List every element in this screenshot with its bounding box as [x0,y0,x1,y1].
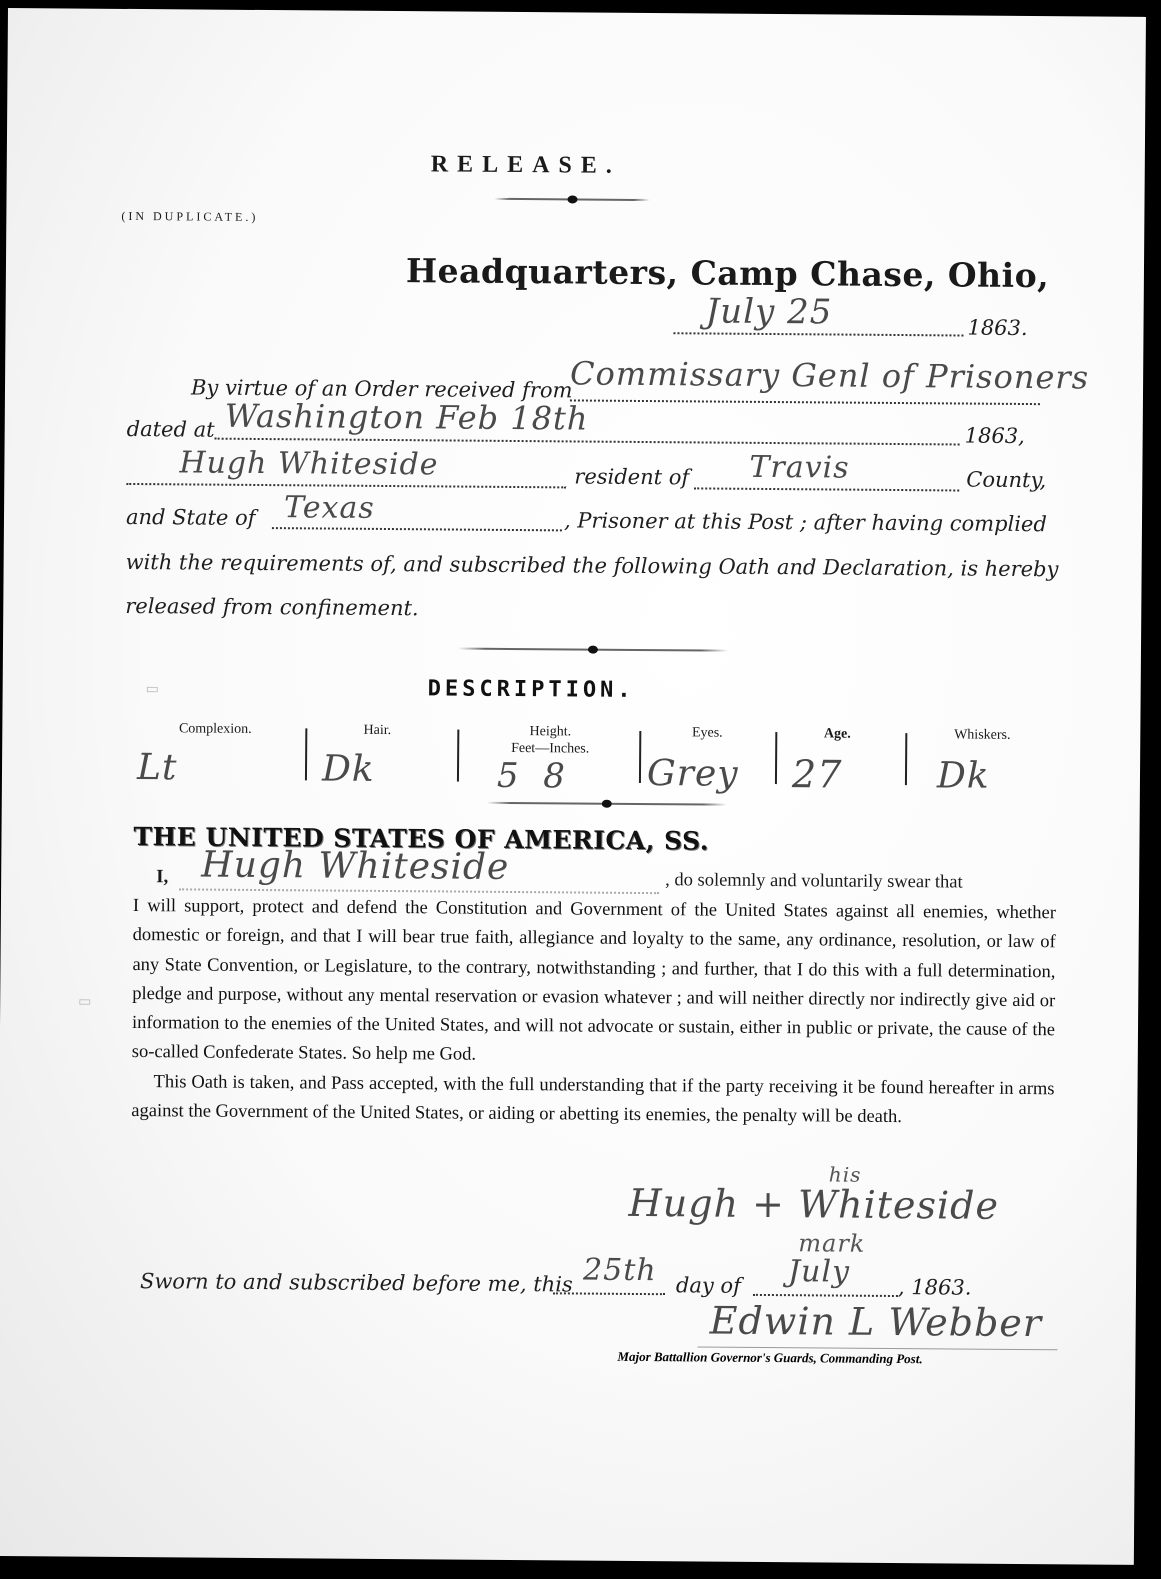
document-title: RELEASE. [431,151,621,179]
oath-first-line-suffix: , do solemnly and voluntarily swear that [665,870,963,893]
prisoner-name-handwritten: Hugh Whiteside [179,445,438,482]
age-label: Age. [817,726,857,742]
eyes-label: Eyes. [682,725,732,741]
order-from-handwritten: Commissary Genl of Prisoners [570,354,1089,396]
margin-mark: ▭ [78,994,91,1010]
document-page: RELEASE. (IN DUPLICATE.) Headquarters, C… [0,8,1146,1565]
oath-body: I will support, protect and defend the C… [131,892,1056,1134]
officer-signature: Edwin L Webber [710,1299,1043,1346]
oath-i: I, [156,866,168,888]
sworn-day-line [553,1288,665,1295]
sworn-month-line [753,1290,898,1297]
description-title: DESCRIPTION. [428,676,635,703]
county-handwritten: Travis [749,450,849,486]
margin-mark: ▭ [146,681,159,697]
headquarters-heading: Headquarters, Camp Chase, Ohio, [406,251,1050,295]
sworn-prefix: Sworn to and subscribed before me, this [140,1269,573,1296]
whiskers-label: Whiskers. [942,727,1022,744]
column-separator [305,728,307,780]
release-line: released from confinement. [125,594,419,620]
title-ornament [495,198,650,201]
oath-paragraph-2: This Oath is taken, and Pass accepted, w… [131,1068,1054,1134]
column-separator [639,731,641,783]
county-label: County, [966,468,1046,493]
duplicate-note: (IN DUPLICATE.) [121,209,258,225]
complexion-label: Complexion. [160,721,270,738]
sworn-year: , 1863. [898,1275,972,1300]
state-handwritten: Texas [284,490,375,526]
dated-year: 1863, [965,424,1025,448]
eyes-value: Grey [647,753,739,795]
complexion-value: Lt [137,747,178,788]
resident-of-label: resident of [574,464,689,489]
oath-paragraph-1: I will support, protect and defend the C… [132,892,1056,1075]
height-label: Height. [490,724,610,741]
date-handwritten: July 25 [705,291,832,332]
section-ornament [458,648,728,652]
dated-handwritten: Washington Feb 18th [225,397,589,438]
hair-value: Dk [322,748,375,789]
column-separator [775,732,777,784]
sworn-day-of: day of [676,1273,741,1298]
date-year: 1863. [967,316,1027,340]
column-separator [905,733,907,785]
order-from-line [570,395,1040,405]
prisoner-signature: Hugh + Whiteside [628,1181,999,1228]
requirements-line: with the requirements of, and subscribed… [126,550,1051,581]
hair-label: Hair. [342,723,412,740]
oath-name-handwritten: Hugh Whiteside [201,845,509,888]
sworn-day-handwritten: 25th [583,1253,657,1289]
height-value: 5 8 [497,756,566,797]
officer-caption: Major Battallion Governor's Guards, Comm… [617,1349,922,1367]
age-value: 27 [792,752,843,796]
sworn-month-handwritten: July [788,1254,850,1289]
description-ornament [487,802,727,806]
dated-prefix: dated at [127,417,215,442]
column-separator [457,730,459,782]
state-prefix: and State of [126,505,256,530]
whiskers-value: Dk [937,755,990,796]
state-suffix: , Prisoner at this Post ; after having c… [564,508,1047,536]
